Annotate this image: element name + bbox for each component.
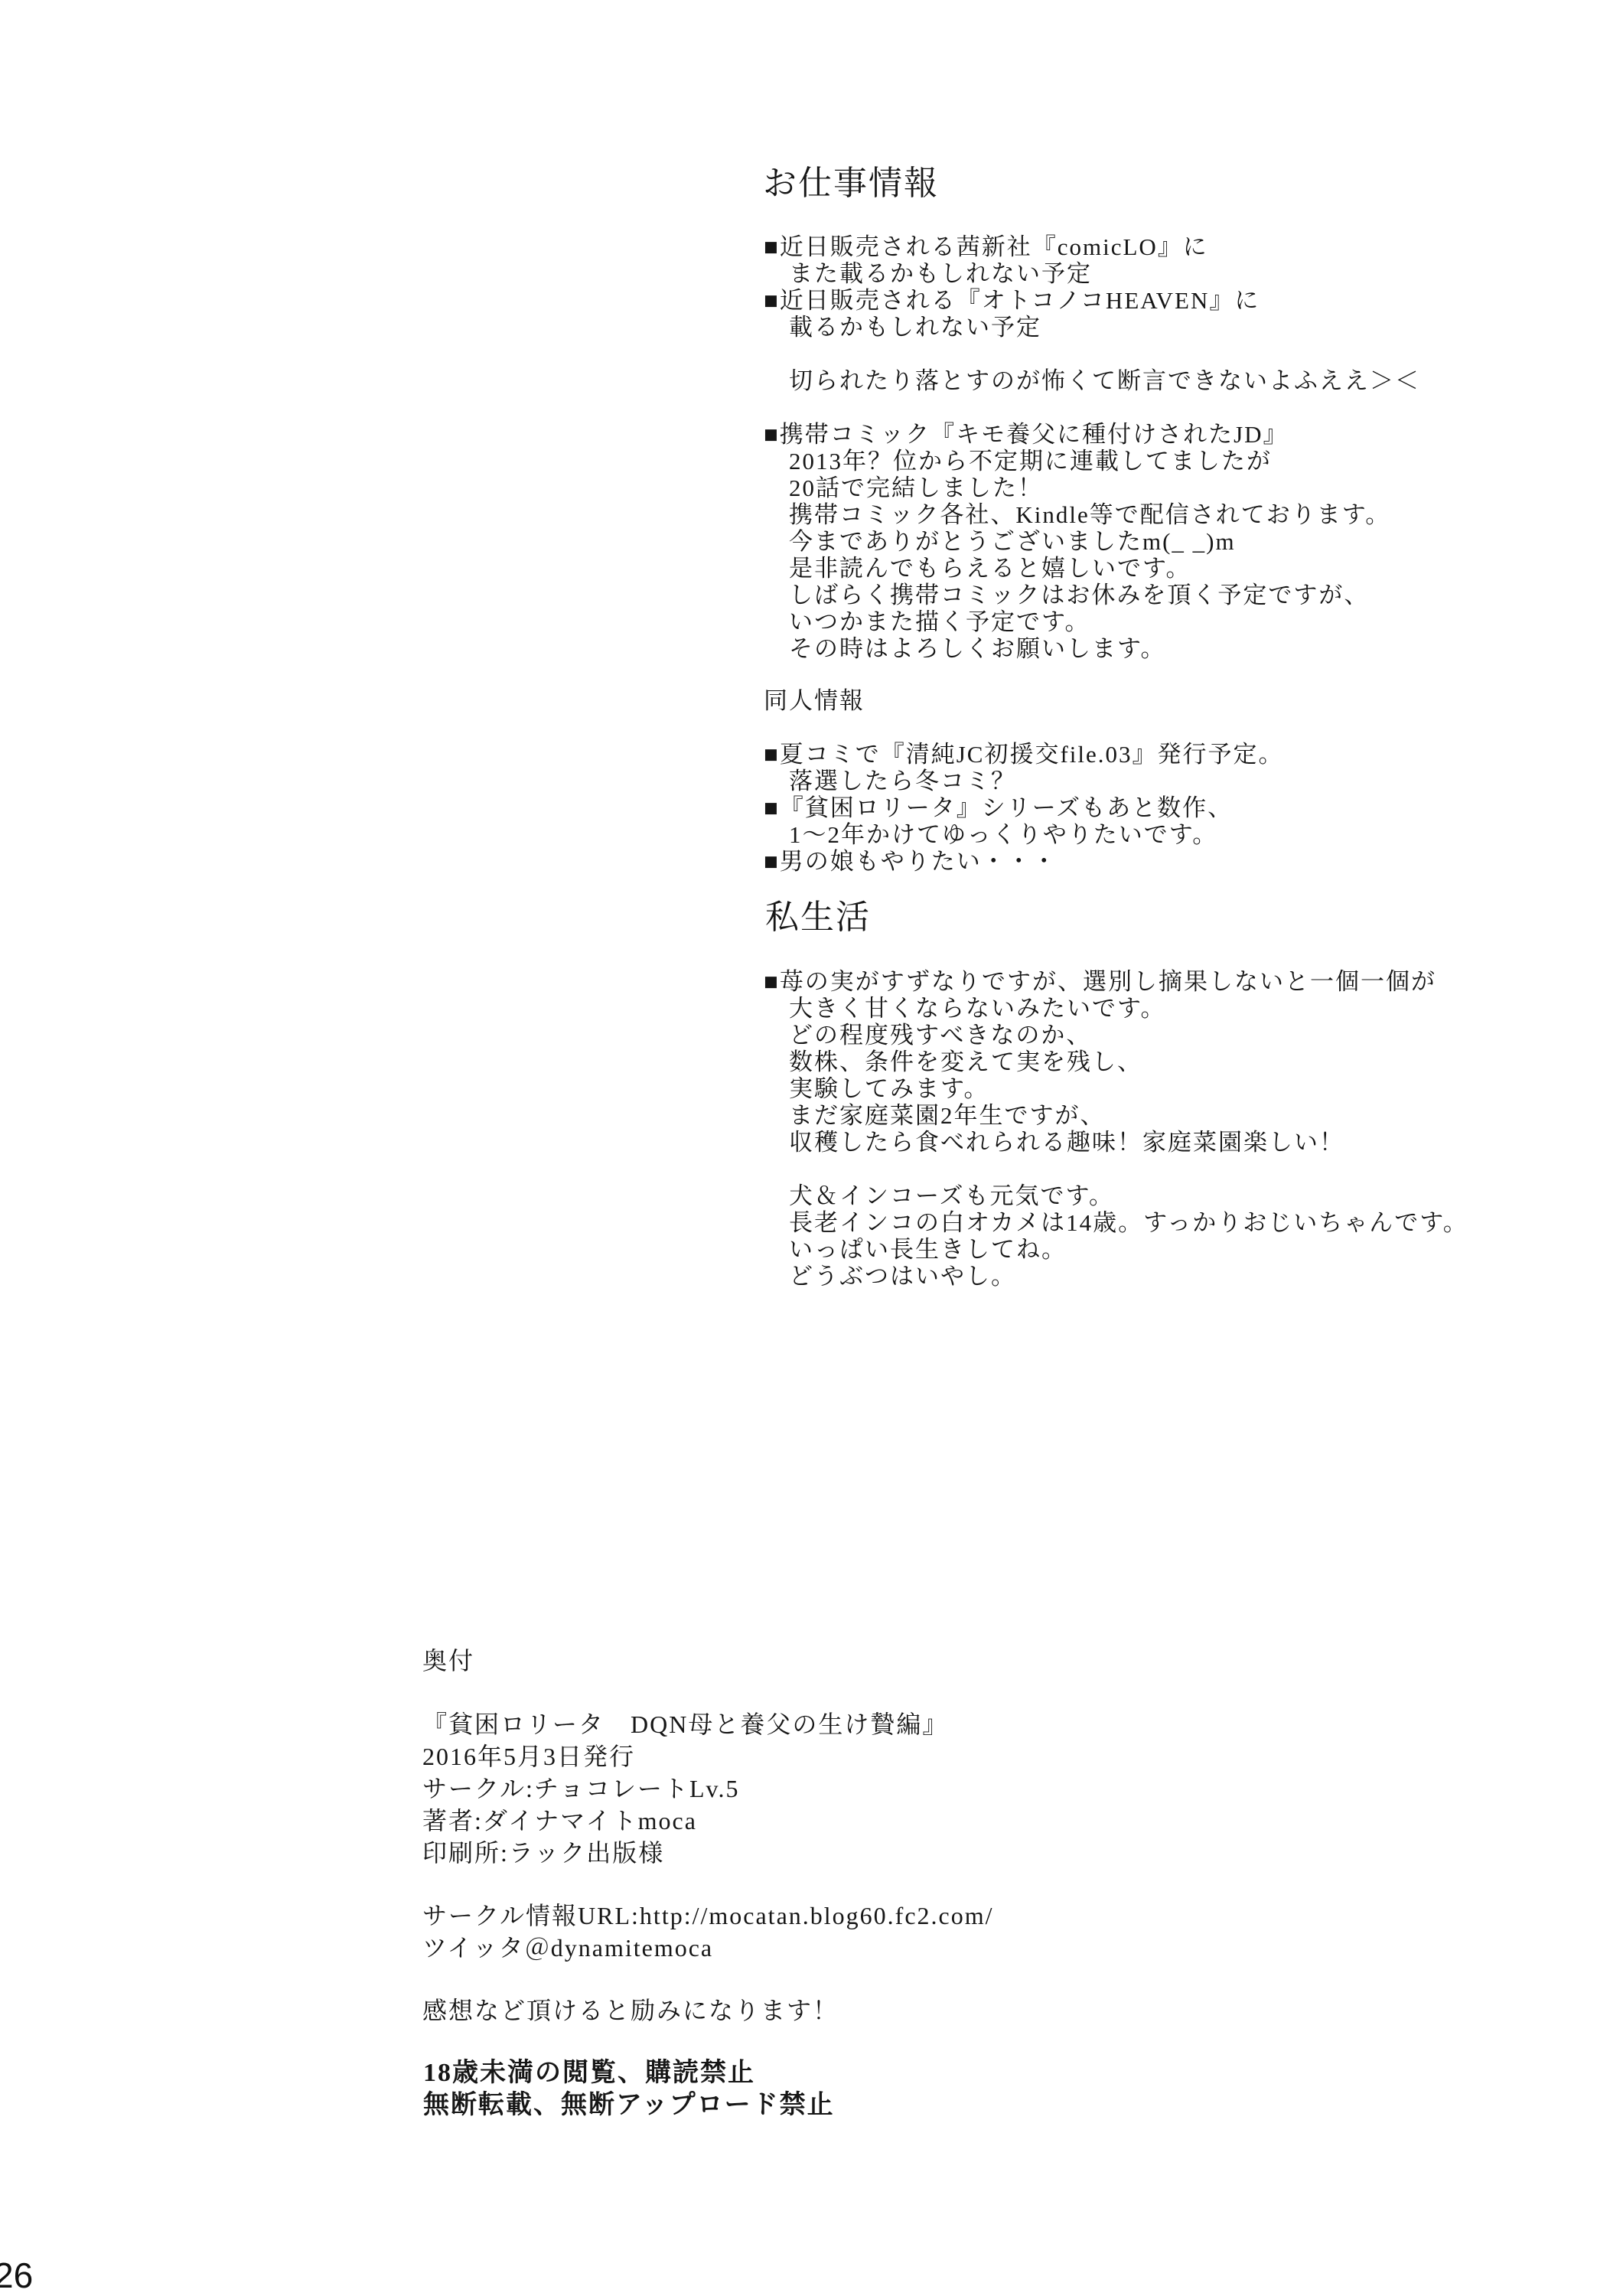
doujin-info-heading: 同人情報 <box>764 688 865 714</box>
private-life-line: 数株、条件を変えて実を残し、 <box>789 1049 1142 1075</box>
work-info-line: しばらく携帯コミックはお休みを頂く予定ですが、 <box>789 582 1369 608</box>
doujin-info-line: ■男の娘もやりたい・・・ <box>764 849 1058 875</box>
private-life-line: 収穫したら食べれられる趣味！家庭菜園楽しい！ <box>789 1130 1344 1156</box>
private-life-line: 大きく甘くならないみたいです。 <box>789 996 1166 1022</box>
doujin-info-line: 1～2年かけてゆっくりやりたいです。 <box>789 822 1217 848</box>
work-info-line: ■近日販売される茜新社『comicLO』に <box>764 234 1208 260</box>
doujin-info-line: ■夏コミで『清純JC初援交file.03』発行予定。 <box>764 742 1284 768</box>
colophon-line: 感想など頂けると励みになります！ <box>422 1998 839 2024</box>
work-info-line: 是非読んでもらえると嬉しいです。 <box>789 556 1191 582</box>
colophon-line: 2016年5月3日発行 <box>422 1743 635 1770</box>
age-warning-line: 18歳未満の閲覧、購読禁止 <box>423 2059 755 2087</box>
colophon-line: 著者:ダイナマイトmoca <box>422 1808 697 1835</box>
work-info-line: 載るかもしれない予定 <box>789 315 1041 341</box>
colophon-line: 『貧困ロリータ DQN母と養父の生け贄編』 <box>422 1711 948 1738</box>
private-life-line: ■苺の実がすずなりですが、選別し摘果しないと一個一個が <box>764 969 1436 995</box>
work-info-heading: お仕事情報 <box>763 165 939 202</box>
work-info-line: ■携帯コミック『キモ養父に種付けされたJD』 <box>764 422 1289 448</box>
work-info-line: いつかまた描く予定です。 <box>789 609 1090 635</box>
work-info-line: 切られたり落とすのが怖くて断言できないよふええ＞＜ <box>789 368 1420 394</box>
work-info-line: また載るかもしれない予定 <box>789 261 1092 287</box>
work-info-line: その時はよろしくお願いします。 <box>789 636 1166 662</box>
private-life-line: どうぶつはいやし。 <box>789 1264 1016 1290</box>
work-info-line: ■近日販売される『オトコノコHEAVEN』に <box>764 288 1260 314</box>
age-warning-line: 無断転載、無断アップロード禁止 <box>423 2091 835 2119</box>
work-info-line: 20話で完結しました！ <box>789 475 1043 501</box>
colophon-heading: 奥付 <box>422 1648 474 1675</box>
private-life-line: 犬＆インコーズも元気です。 <box>789 1183 1114 1209</box>
colophon-line: 印刷所:ラック出版様 <box>422 1840 664 1867</box>
page-number: 26 <box>0 2255 33 2296</box>
private-life-line: 実験してみます。 <box>789 1076 989 1102</box>
colophon-line: サークル情報URL:http://mocatan.blog60.fc2.com/ <box>422 1903 994 1929</box>
work-info-line: 2013年？位から不定期に連載してましたが <box>789 448 1272 475</box>
private-life-line: まだ家庭菜園2年生ですが、 <box>789 1103 1106 1129</box>
doujin-info-line: 落選したら冬コミ？ <box>789 768 1016 794</box>
scanned-afterword-page: 26 お仕事情報■近日販売される茜新社『comicLO』にまた載るかもしれない予… <box>0 0 1610 2296</box>
private-life-line: 長老インコの白オカメは14歳。すっかりおじいちゃんです。 <box>789 1210 1468 1236</box>
work-info-line: 今までありがとうございましたm(_ _)m <box>789 529 1236 555</box>
private-life-line: いっぱい長生きしてね。 <box>789 1237 1067 1263</box>
colophon-line: ツイッタ＠dynamitemoca <box>422 1935 713 1962</box>
private-life-line: どの程度残すべきなのか、 <box>789 1022 1091 1049</box>
doujin-info-line: ■『貧困ロリータ』シリーズもあと数作、 <box>764 795 1233 821</box>
private-life-heading: 私生活 <box>765 899 871 936</box>
colophon-line: サークル:チョコレートLv.5 <box>422 1776 739 1802</box>
work-info-line: 携帯コミック各社、Kindle等で配信されております。 <box>789 502 1390 528</box>
